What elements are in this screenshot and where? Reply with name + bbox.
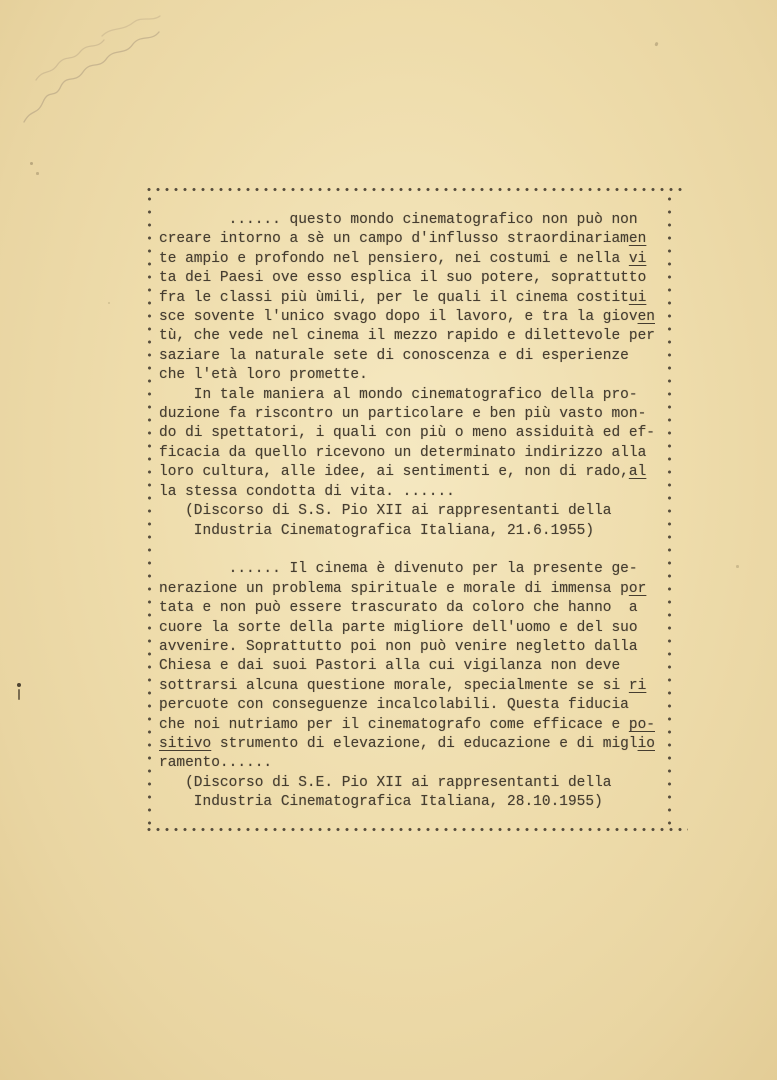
text-line: fra le classi più ùmili, per le quali il… [159, 289, 666, 308]
text-line: (Discorso di S.S. Pio XII ai rappresenta… [159, 502, 666, 521]
text-line: sce sovente l'unico svago dopo il lavoro… [159, 308, 666, 327]
text-line: che l'età loro promette. [159, 366, 666, 385]
text-line: la stessa condotta di vita. ...... [159, 483, 666, 502]
text-line: nerazione un problema spirituale e moral… [159, 580, 666, 599]
text-line: ...... Il cinema è divenuto per la prese… [159, 560, 666, 579]
scanned-document-page: ...... questo mondo cinematografico non … [0, 0, 777, 1080]
text-line: tù, che vede nel cinema il mezzo rapido … [159, 327, 666, 346]
ink-speck-tail [18, 689, 20, 700]
paper-speck [736, 565, 739, 568]
text-line: (Discorso di S.E. Pio XII ai rappresenta… [159, 774, 666, 793]
text-line: creare intorno a sè un campo d'influsso … [159, 230, 666, 249]
text-line: sottrarsi alcuna questione morale, speci… [159, 677, 666, 696]
ink-speck [17, 683, 21, 687]
text-line: ficacia da quello ricevono un determinat… [159, 444, 666, 463]
text-line: do di spettatori, i quali con più o meno… [159, 424, 666, 443]
handwritten-annotation-icon [6, 4, 206, 144]
text-line: che noi nutriamo per il cinematografo co… [159, 716, 666, 735]
text-line: ta dei Paesi ove esso esplica il suo pot… [159, 269, 666, 288]
text-line: duzione fa riscontro un particolare e be… [159, 405, 666, 424]
text-line: loro cultura, alle idee, ai sentimenti e… [159, 463, 666, 482]
doc-block-quote: ...... questo mondo cinematografico non … [159, 211, 666, 386]
text-line: Industria Cinematografica Italiana, 21.6… [159, 522, 666, 541]
text-line: avvenire. Soprattutto poi non può venire… [159, 638, 666, 657]
text-line: In tale maniera al mondo cinematografico… [159, 386, 666, 405]
doc-block-quote: ...... Il cinema è divenuto per la prese… [159, 541, 666, 774]
document-text-container: ...... questo mondo cinematografico non … [147, 187, 672, 832]
paper-speck [654, 42, 658, 47]
text-line: tata e non può essere trascurato da colo… [159, 599, 666, 618]
dotted-border-frame: ...... questo mondo cinematografico non … [147, 187, 672, 832]
paper-speck [30, 162, 33, 165]
doc-block-citation: (Discorso di S.S. Pio XII ai rappresenta… [159, 502, 666, 541]
text-line: ramento...... [159, 754, 666, 773]
text-line [159, 541, 666, 560]
text-line: percuote con conseguenze incalcolabili. … [159, 696, 666, 715]
doc-block-quote: In tale maniera al mondo cinematografico… [159, 386, 666, 502]
text-line: ...... questo mondo cinematografico non … [159, 211, 666, 230]
text-line: sitivo strumento di elevazione, di educa… [159, 735, 666, 754]
paper-speck [108, 302, 110, 304]
text-line: te ampio e profondo nel pensiero, nei co… [159, 250, 666, 269]
text-line: Chiesa e dai suoi Pastori alla cui vigil… [159, 657, 666, 676]
text-line: Industria Cinematografica Italiana, 28.1… [159, 793, 666, 812]
text-line: saziare la naturale sete di conoscenza e… [159, 347, 666, 366]
doc-block-citation: (Discorso di S.E. Pio XII ai rappresenta… [159, 774, 666, 813]
paper-speck [36, 172, 39, 175]
text-line: cuore la sorte della parte migliore dell… [159, 619, 666, 638]
